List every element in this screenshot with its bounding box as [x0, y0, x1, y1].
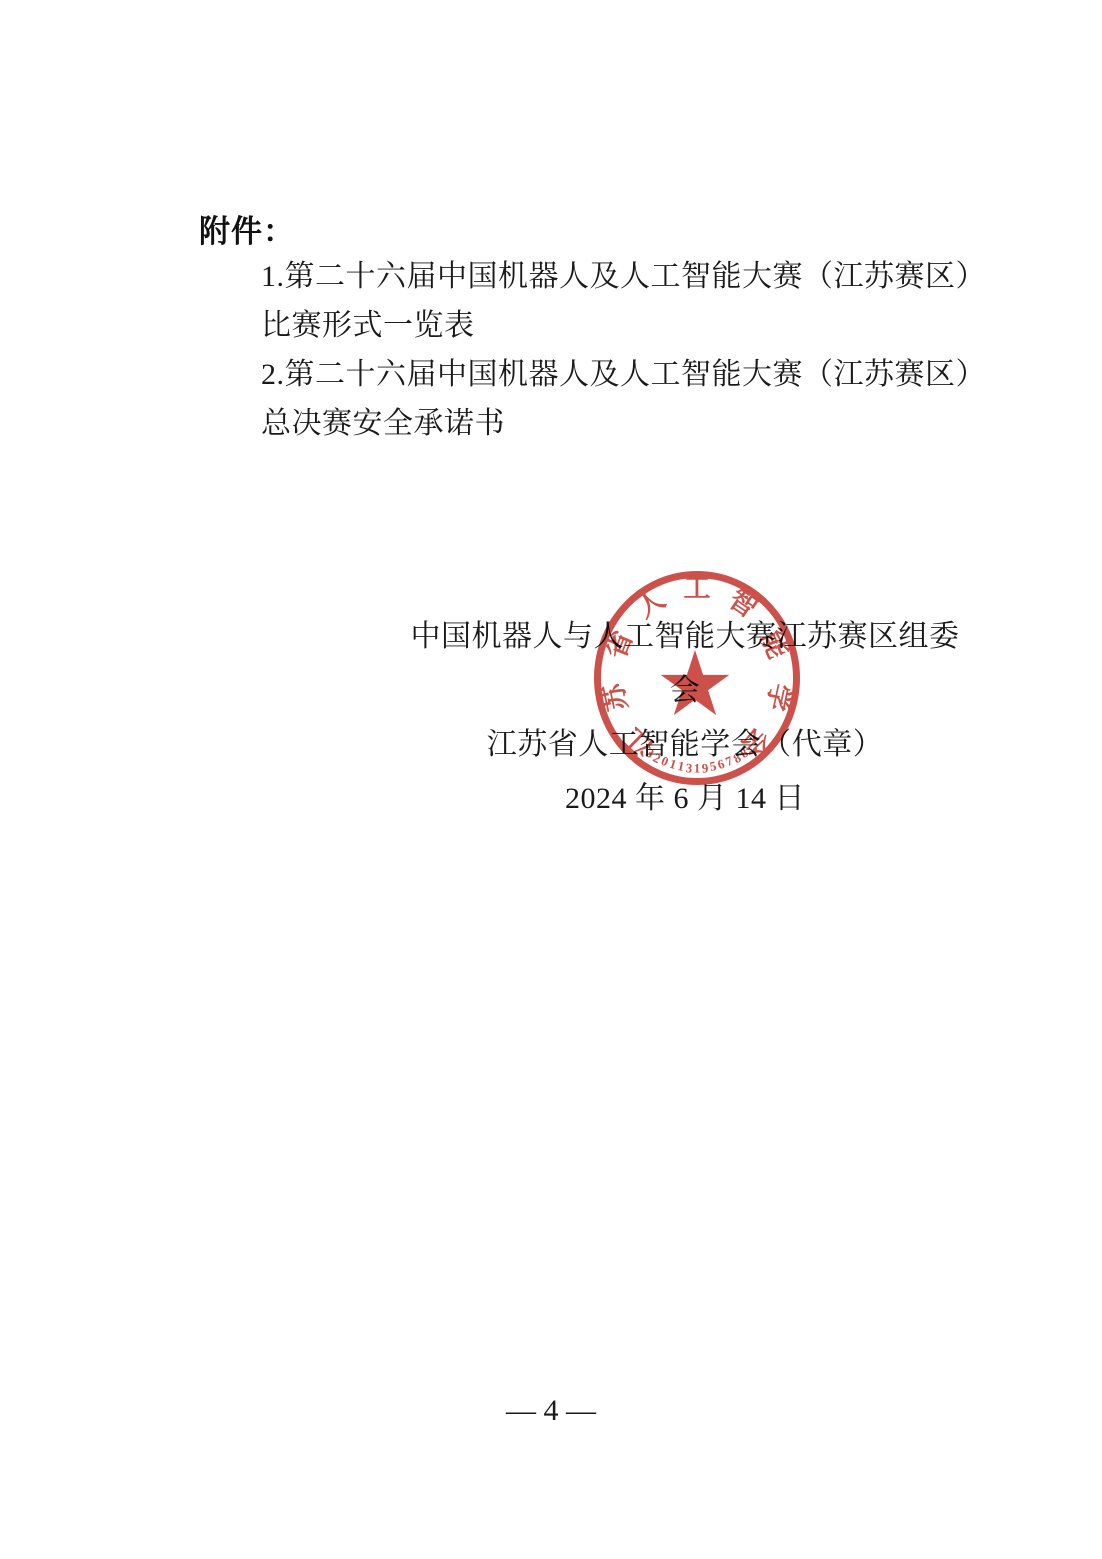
seal-ring-char: 苏	[600, 680, 632, 712]
seal-code-digit: 9	[701, 761, 709, 775]
attachment-1-subtitle-line: 比赛形式一览表	[261, 301, 1021, 350]
attachment-2-title-line: 2.第二十六届中国机器人及人工智能大赛（江苏赛区）	[261, 350, 1021, 399]
seal-code-digit: 1	[694, 762, 701, 775]
page-number: — 4 —	[0, 1394, 1102, 1428]
attachments-heading: 附件：	[199, 206, 295, 251]
attachment-1-title-line: 1.第二十六届中国机器人及人工智能大赛（江苏赛区）	[261, 252, 1021, 301]
attachments-list: 1.第二十六届中国机器人及人工智能大赛（江苏赛区） 比赛形式一览表 2.第二十六…	[261, 252, 1021, 448]
official-red-seal: 江苏省人工智能学会 3201131956788	[594, 571, 800, 785]
document-page: 附件： 1.第二十六届中国机器人及人工智能大赛（江苏赛区） 比赛形式一览表 2.…	[0, 0, 1102, 1559]
attachment-2-subtitle-line: 总决赛安全承诺书	[261, 399, 1021, 448]
seal-star-icon	[655, 646, 735, 726]
seal-ring-char: 工	[684, 576, 711, 603]
seal-ring-char: 学	[762, 680, 794, 712]
seal-code-digit: 3	[685, 761, 693, 775]
